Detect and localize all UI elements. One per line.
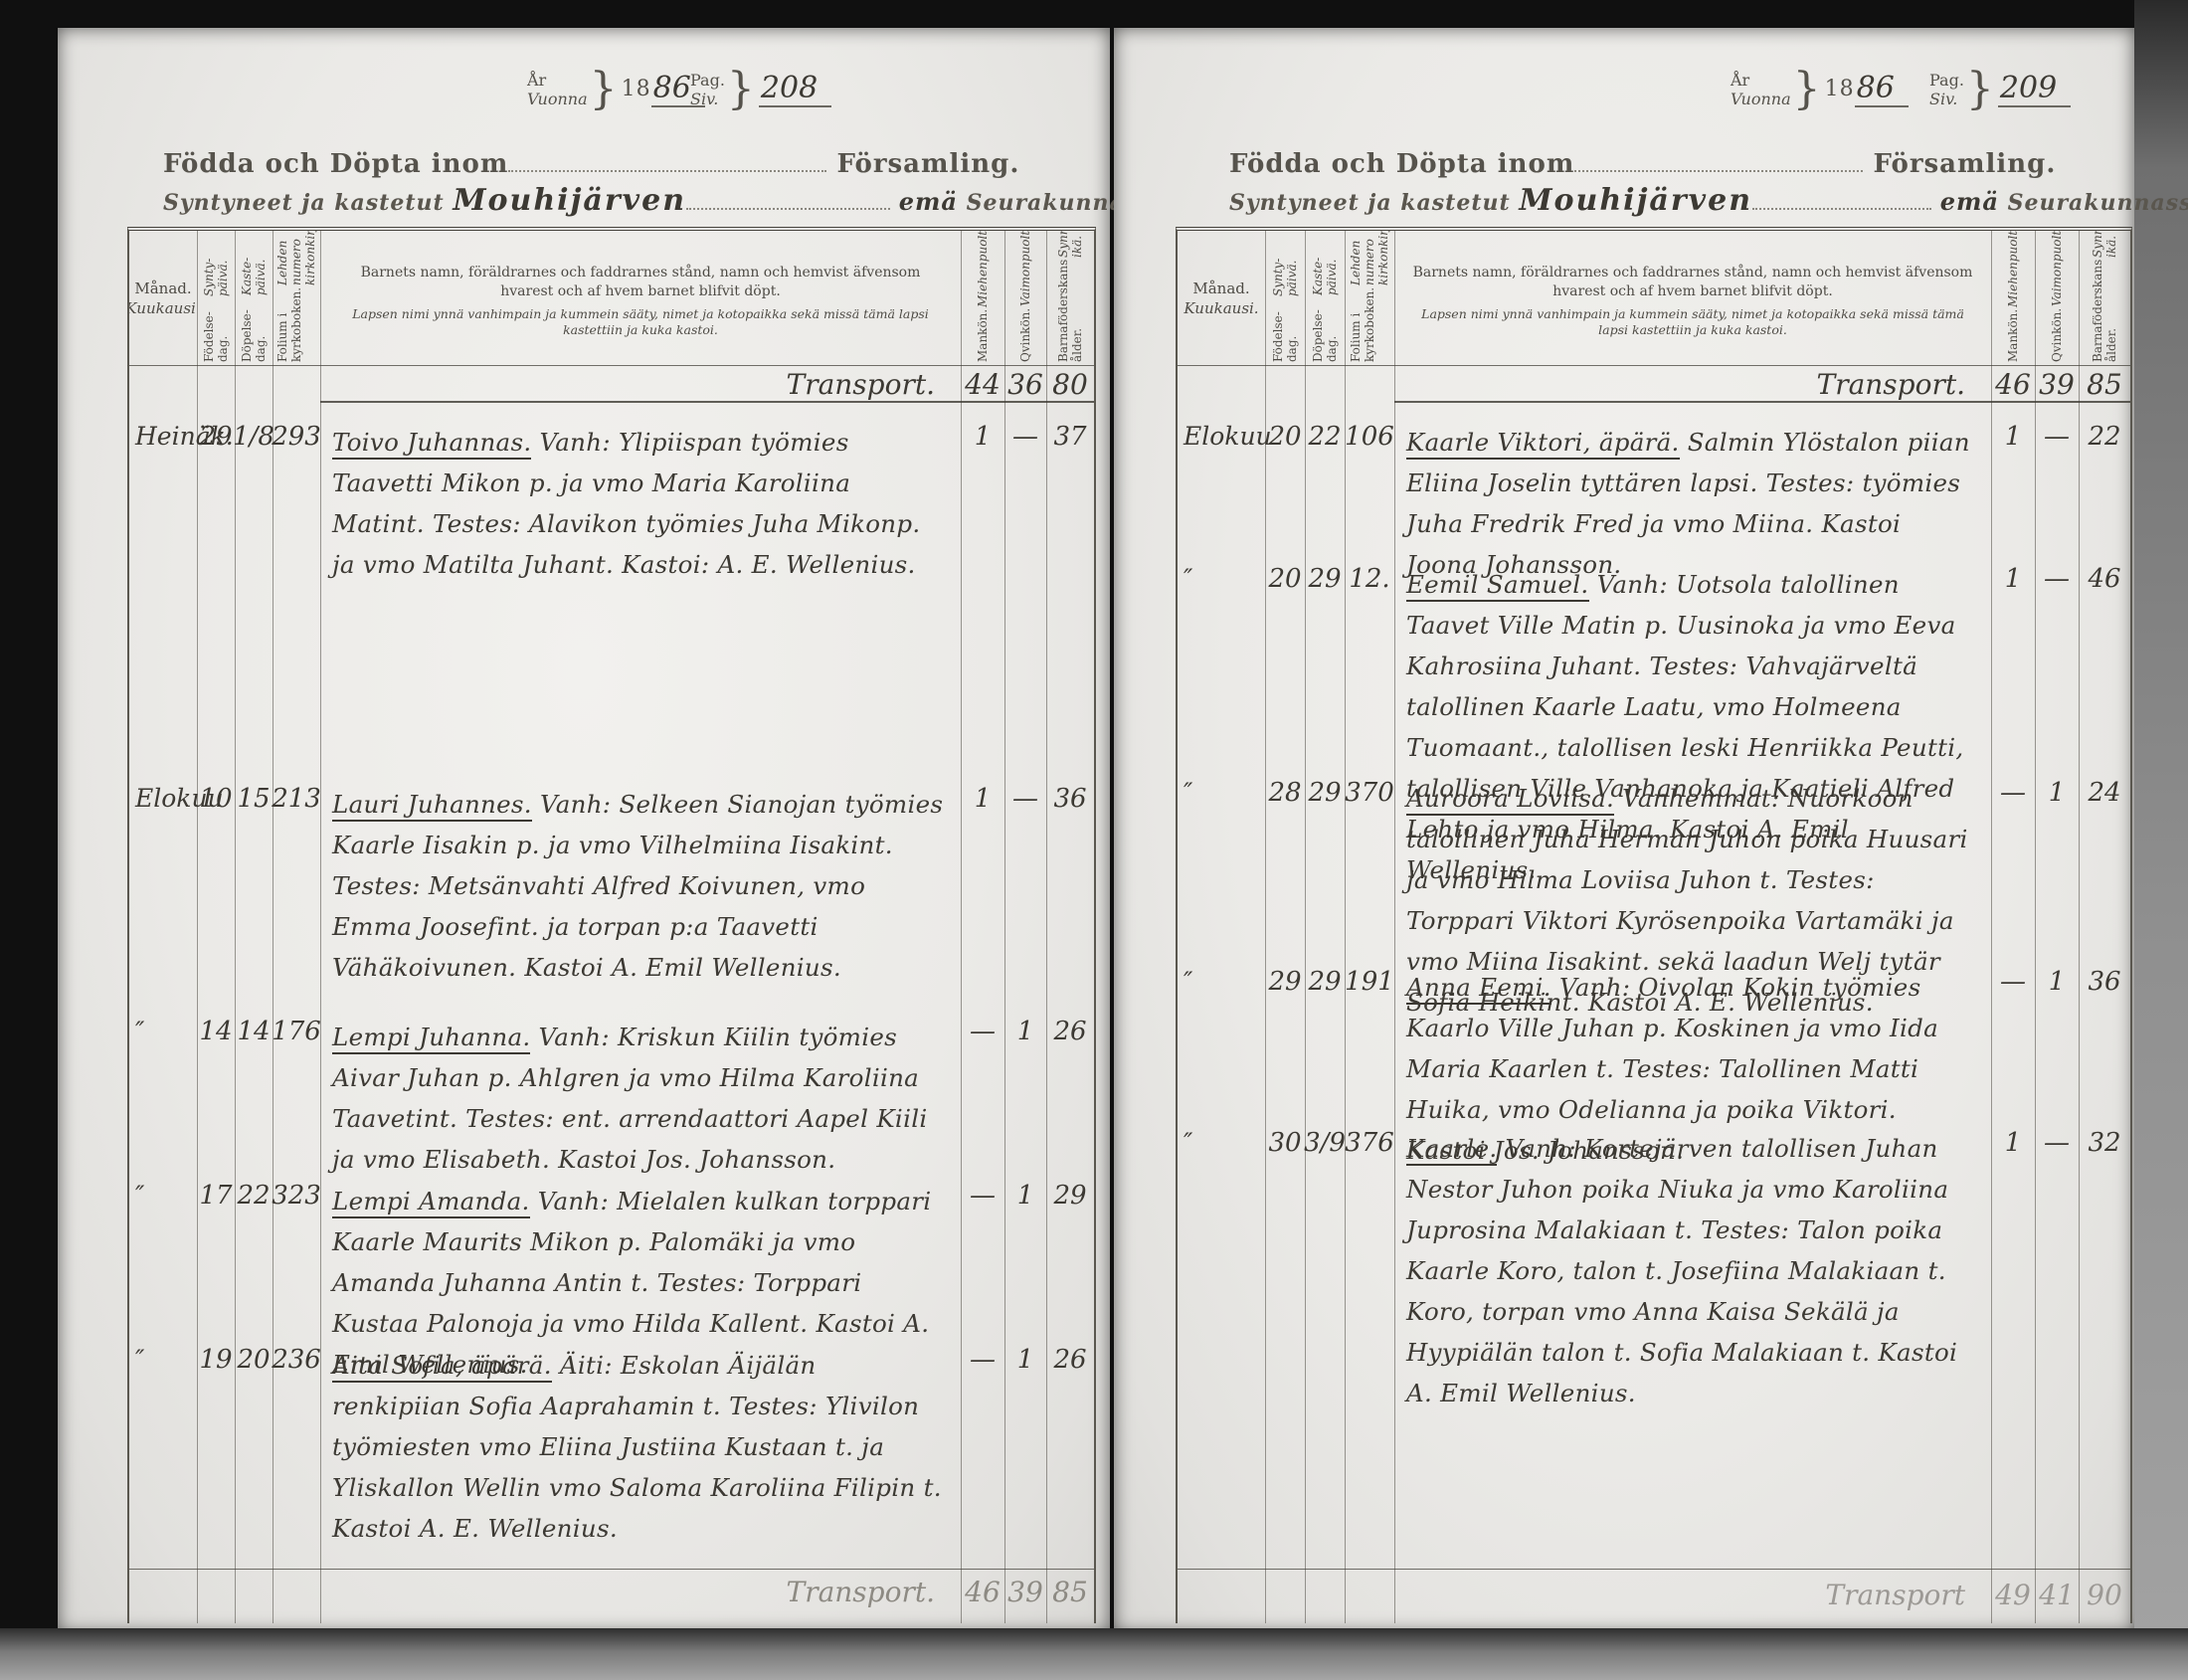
entry-female-count: —: [1004, 422, 1046, 585]
register-entry-row: ″ 19 20 236 Aita Sofia, äpärä. Äiti: Esk…: [129, 1345, 1094, 1549]
entry-body-text: Vanh: Kortejärven talollisen Juhan Nesto…: [1406, 1134, 1957, 1407]
entry-child-name: Lempi Juhanna.: [332, 1023, 530, 1054]
entry-female-count: 1: [1004, 1345, 1046, 1549]
header-desc-fi: Lapsen nimi ynnä vanhimpain ja kummein s…: [1408, 306, 1977, 338]
header-folio: Folium i kyrkoboken.Lehden numero kirkon…: [1345, 231, 1394, 365]
title-fill-line: [1574, 150, 1863, 172]
header-male: Mankön.Miehenpuolta.: [1991, 231, 2035, 365]
entry-description: Toivo Juhannas. Vanh: Ylipiispan työmies…: [320, 422, 961, 585]
entry-baptism-day: 3/9: [1305, 1128, 1345, 1413]
scanner-edge-bottom: [0, 1628, 2188, 1680]
header-mother-age: Barnaföderskans ålder.Synnyttäjän ikä.: [2079, 231, 2130, 365]
header-bapt-fi: Kaste-päivä.: [1311, 235, 1339, 295]
header-female: Qvinkön.Vaimonpuolta.: [2035, 231, 2079, 365]
entry-month: Elokuu: [129, 784, 197, 988]
header-month-fi: Kuukausi.: [1184, 298, 1258, 318]
entry-male-count: 1: [1991, 1128, 2035, 1413]
scanned-register-spread: År Vuonna } 18 86 Pag. Siv. } 208 Födda …: [0, 0, 2188, 1680]
header-description: Barnets namn, föräldrarnes och faddrarne…: [320, 231, 961, 365]
entry-month: ″: [129, 1017, 197, 1180]
entry-male-count: 1: [1991, 422, 2035, 585]
transport-total: 80: [1046, 368, 1094, 403]
header-male-sv: Mankön.: [2006, 308, 2020, 361]
register-entry-row: ″ 14 14 176 Lempi Juhanna. Vanh: Kriskun…: [129, 1017, 1094, 1180]
entry-birth-day: 10: [197, 784, 235, 988]
register-page-left: År Vuonna } 18 86 Pag. Siv. } 208 Födda …: [58, 28, 1110, 1633]
entry-mother-age: 26: [1046, 1017, 1094, 1180]
header-desc-fi: Lapsen nimi ynnä vanhimpain ja kummein s…: [334, 306, 947, 338]
register-entry-row: Elokuu 20 22 106 Kaarle Viktori, äpärä. …: [1178, 422, 2130, 585]
year-printed: 18: [1825, 77, 1855, 101]
entry-male-count: —: [961, 1017, 1004, 1180]
entry-description: Kaarle Viktori, äpärä. Salmin Ylöstalon …: [1394, 422, 1991, 585]
entry-male-count: —: [961, 1345, 1004, 1549]
entry-child-name: Aita Sofia, äpärä.: [332, 1351, 552, 1383]
register-table: Månad. Kuukausi. Födelse-dag.Synty-päivä…: [127, 227, 1096, 1623]
header-female-fi: Vaimonpuolta.: [2050, 231, 2064, 305]
entry-male-count: 1: [961, 422, 1004, 585]
table-header: Månad. Kuukausi. Födelse-dag.Synty-päivä…: [129, 231, 1094, 365]
title-finnish-line: Syntyneet ja kastetut Mouhijärven emä Se…: [163, 183, 1175, 218]
transport-female: 39: [2035, 368, 2079, 403]
header-birth-day: Födelse-dag.Synty-päivä.: [197, 231, 235, 365]
entry-folio-number: 213: [273, 784, 320, 988]
title-fi-1: Syntyneet ja kastetut: [1229, 190, 1511, 216]
header-age-fi: Synnyttäjän ikä.: [1056, 231, 1084, 257]
title-swedish-line: Födda och Döpta inom Församling.: [1229, 149, 2056, 179]
header-age-sv: Barnaföderskans ålder.: [1056, 259, 1084, 361]
entry-child-name: Toivo Juhannas.: [332, 428, 531, 460]
table-header: Månad. Kuukausi. Födelse-dag.Synty-päivä…: [1178, 231, 2130, 365]
header-month-sv: Månad.: [1192, 279, 1249, 298]
header-male-fi: Miehenpuolta.: [976, 231, 990, 306]
entry-child-name: Kaarle.: [1406, 1134, 1497, 1166]
entry-description: Aita Sofia, äpärä. Äiti: Eskolan Äijälän…: [320, 1345, 961, 1549]
title-fill-line: [508, 150, 826, 172]
brace-glyph: }: [727, 64, 755, 114]
header-bapt-sv: Döpelse-dag.: [1311, 297, 1339, 362]
title-fill-line: [1752, 188, 1931, 210]
entry-description: Kaarle. Vanh: Kortejärven talollisen Juh…: [1394, 1128, 1991, 1413]
transport-row-bottom: Transport 49 41 90: [1178, 1579, 2130, 1611]
entry-child-name: Kaarle Viktori, äpärä.: [1406, 428, 1680, 460]
header-rule: [129, 365, 1094, 366]
header-bapt-fi: Kaste-päivä.: [240, 235, 268, 295]
entry-birth-day: 14: [197, 1017, 235, 1180]
page-label-fi: Siv.: [1929, 90, 1964, 108]
title-fi-pre-handwritten: emä: [899, 187, 958, 216]
transport-male: 49: [1991, 1579, 2035, 1611]
entry-mother-age: 22: [2079, 422, 2130, 585]
year-block: År Vuonna } 18 86: [1731, 64, 1909, 114]
header-folio-fi: Lehden numero kirkonkirjassa.: [1349, 231, 1390, 284]
entry-female-count: —: [2035, 422, 2079, 585]
header-birth-fi: Synty-päivä.: [202, 235, 230, 296]
entry-description: Lempi Juhanna. Vanh: Kriskun Kiilin työm…: [320, 1017, 961, 1180]
transport-row-top: Transport. 44 36 80: [129, 368, 1094, 403]
brace-glyph: }: [1793, 64, 1821, 114]
register-table: Månad. Kuukausi. Födelse-dag.Synty-päivä…: [1176, 227, 2132, 1623]
header-folio-fi: Lehden numero kirkonkirjassa.: [275, 231, 317, 284]
header-male: Mankön.Miehenpuolta.: [961, 231, 1004, 365]
page-label-sv: Pag.: [1929, 71, 1964, 90]
entry-female-count: —: [1004, 784, 1046, 988]
transport-label: Transport: [1394, 1579, 1991, 1611]
entry-baptism-day: 1/8: [235, 422, 273, 585]
entry-mother-age: 26: [1046, 1345, 1094, 1549]
entry-baptism-day: 22: [1305, 422, 1345, 585]
header-baptism-day: Döpelse-dag.Kaste-päivä.: [1305, 231, 1345, 365]
entry-female-count: —: [2035, 1128, 2079, 1413]
table-bottom-rule: [1178, 1569, 2130, 1570]
title-fill-line: [686, 188, 890, 210]
page-number-block: Pag. Siv. } 209: [1929, 64, 2071, 114]
transport-total: 90: [2079, 1579, 2130, 1611]
year-printed: 18: [622, 77, 651, 101]
page-number-block: Pag. Siv. } 208: [690, 64, 831, 114]
title-fi-2: Seurakunnassa.: [2008, 190, 2188, 216]
transport-row-top: Transport. 46 39 85: [1178, 368, 2130, 403]
entry-folio-number: 236: [273, 1345, 320, 1549]
transport-label: Transport.: [320, 368, 961, 403]
title-sv-1: Födda och Döpta inom: [163, 149, 508, 179]
year-handwritten: 86: [1855, 71, 1909, 107]
entry-birth-day: 19: [197, 1345, 235, 1549]
entry-description: Lauri Juhannes. Vanh: Selkeen Sianojan t…: [320, 784, 961, 988]
entry-baptism-day: 15: [235, 784, 273, 988]
header-folio-sv: Folium i kyrkoboken.: [275, 286, 317, 361]
brace-glyph: }: [1966, 64, 1994, 114]
header-male-sv: Mankön.: [976, 308, 990, 361]
header-birth-day: Födelse-dag.Synty-päivä.: [1265, 231, 1305, 365]
title-sv-2: Församling.: [836, 149, 1019, 179]
entry-child-name: Eemil Samuel.: [1406, 570, 1589, 602]
title-finnish-line: Syntyneet ja kastetut Mouhijärven emä Se…: [1229, 183, 2188, 218]
entry-birth-day: 30: [1265, 1128, 1305, 1413]
entry-baptism-day: 20: [235, 1345, 273, 1549]
entry-month: ″: [129, 1345, 197, 1549]
entry-baptism-day: 14: [235, 1017, 273, 1180]
transport-male: 44: [961, 368, 1004, 403]
header-month: Månad. Kuukausi.: [129, 231, 197, 365]
entry-mother-age: 36: [1046, 784, 1094, 988]
transport-female: 39: [1004, 1576, 1046, 1608]
register-entry-row: Elokuu 10 15 213 Lauri Juhannes. Vanh: S…: [129, 784, 1094, 988]
header-month: Månad. Kuukausi.: [1178, 231, 1265, 365]
entry-mother-age: 37: [1046, 422, 1094, 585]
year-label-fi: Vuonna: [527, 90, 588, 108]
entry-child-name: Lauri Juhannes.: [332, 790, 532, 822]
register-entry-row: Heinäk. 29 1/8 293 Toivo Juhannas. Vanh:…: [129, 422, 1094, 585]
header-female-sv: Qvinkön.: [2050, 307, 2064, 361]
page-label-fi: Siv.: [690, 90, 725, 108]
entry-birth-day: 29: [197, 422, 235, 585]
header-folio: Folium i kyrkoboken.Lehden numero kirkon…: [273, 231, 320, 365]
entry-folio-number: 293: [273, 422, 320, 585]
transport-label: Transport.: [1394, 368, 1991, 403]
header-bapt-sv: Döpelse-dag.: [240, 297, 268, 362]
header-birth-sv: Födelse-dag.: [202, 298, 230, 362]
entry-folio-number: 376: [1345, 1128, 1394, 1413]
header-mother-age: Barnaföderskans ålder.Synnyttäjän ikä.: [1046, 231, 1094, 365]
transport-total: 85: [1046, 1576, 1094, 1608]
header-age-sv: Barnaföderskans ålder.: [2091, 259, 2118, 361]
header-birth-sv: Födelse-dag.: [1271, 298, 1299, 362]
entry-child-name: Auroora Loviisa.: [1406, 784, 1614, 816]
header-desc-sv: Barnets namn, föräldrarnes och faddrarne…: [1408, 264, 1977, 301]
table-bottom-rule: [129, 1569, 1094, 1570]
page-number-handwritten: 208: [759, 71, 831, 107]
transport-male: 46: [961, 1576, 1004, 1608]
scanner-edge-right: [2134, 0, 2188, 1680]
header-rule: [1178, 365, 2130, 366]
entry-month: Elokuu: [1178, 422, 1265, 585]
title-fi-1: Syntyneet ja kastetut: [163, 190, 445, 216]
header-female-fi: Vaimonpuolta.: [1018, 231, 1032, 305]
year-block: År Vuonna } 18 86: [527, 64, 705, 114]
entry-female-count: 1: [1004, 1017, 1046, 1180]
year-label-sv: År: [527, 71, 588, 90]
entry-month: Heinäk.: [129, 422, 197, 585]
title-sv-1: Födda och Döpta inom: [1229, 149, 1574, 179]
brace-glyph: }: [590, 64, 618, 114]
transport-row-bottom: Transport. 46 39 85: [129, 1576, 1094, 1608]
transport-total: 85: [2079, 368, 2130, 403]
header-baptism-day: Döpelse-dag.Kaste-päivä.: [235, 231, 273, 365]
header-age-fi: Synnyttäjän ikä.: [2091, 231, 2118, 257]
title-parish-handwritten: Mouhijärven: [1519, 183, 1752, 218]
header-birth-fi: Synty-päivä.: [1271, 235, 1299, 296]
year-label-fi: Vuonna: [1731, 90, 1791, 108]
page-label-sv: Pag.: [690, 71, 725, 90]
transport-female: 41: [2035, 1579, 2079, 1611]
title-sv-2: Församling.: [1873, 149, 2056, 179]
header-description: Barnets namn, föräldrarnes och faddrarne…: [1394, 231, 1991, 365]
header-month-fi: Kuukausi.: [129, 298, 197, 318]
register-entry-row: ″ 30 3/9 376 Kaarle. Vanh: Kortejärven t…: [1178, 1128, 2130, 1413]
entry-birth-day: 20: [1265, 422, 1305, 585]
entry-mother-age: 32: [2079, 1128, 2130, 1413]
title-parish-handwritten: Mouhijärven: [453, 183, 686, 218]
entry-male-count: 1: [961, 784, 1004, 988]
header-folio-sv: Folium i kyrkoboken.: [1349, 286, 1390, 361]
entry-child-name: Lempi Amanda.: [332, 1187, 530, 1218]
header-desc-sv: Barnets namn, föräldrarnes och faddrarne…: [334, 264, 947, 301]
entry-month: ″: [1178, 1128, 1265, 1413]
entry-folio-number: 176: [273, 1017, 320, 1180]
header-female: Qvinkön.Vaimonpuolta.: [1004, 231, 1046, 365]
page-number-handwritten: 209: [1998, 71, 2071, 107]
transport-male: 46: [1991, 368, 2035, 403]
entry-folio-number: 106: [1345, 422, 1394, 585]
header-month-sv: Månad.: [134, 279, 191, 298]
register-page-right: År Vuonna } 18 86 Pag. Siv. } 209 Födda …: [1114, 28, 2134, 1633]
year-label-sv: År: [1731, 71, 1791, 90]
entry-child-name: Anna Eemi.: [1406, 973, 1551, 1005]
transport-label: Transport.: [320, 1576, 961, 1608]
transport-female: 36: [1004, 368, 1046, 403]
title-swedish-line: Födda och Döpta inom Församling.: [163, 149, 1019, 179]
header-female-sv: Qvinkön.: [1018, 307, 1032, 361]
header-male-fi: Miehenpuolta.: [2006, 231, 2020, 306]
title-fi-pre-handwritten: emä: [1940, 187, 1999, 216]
